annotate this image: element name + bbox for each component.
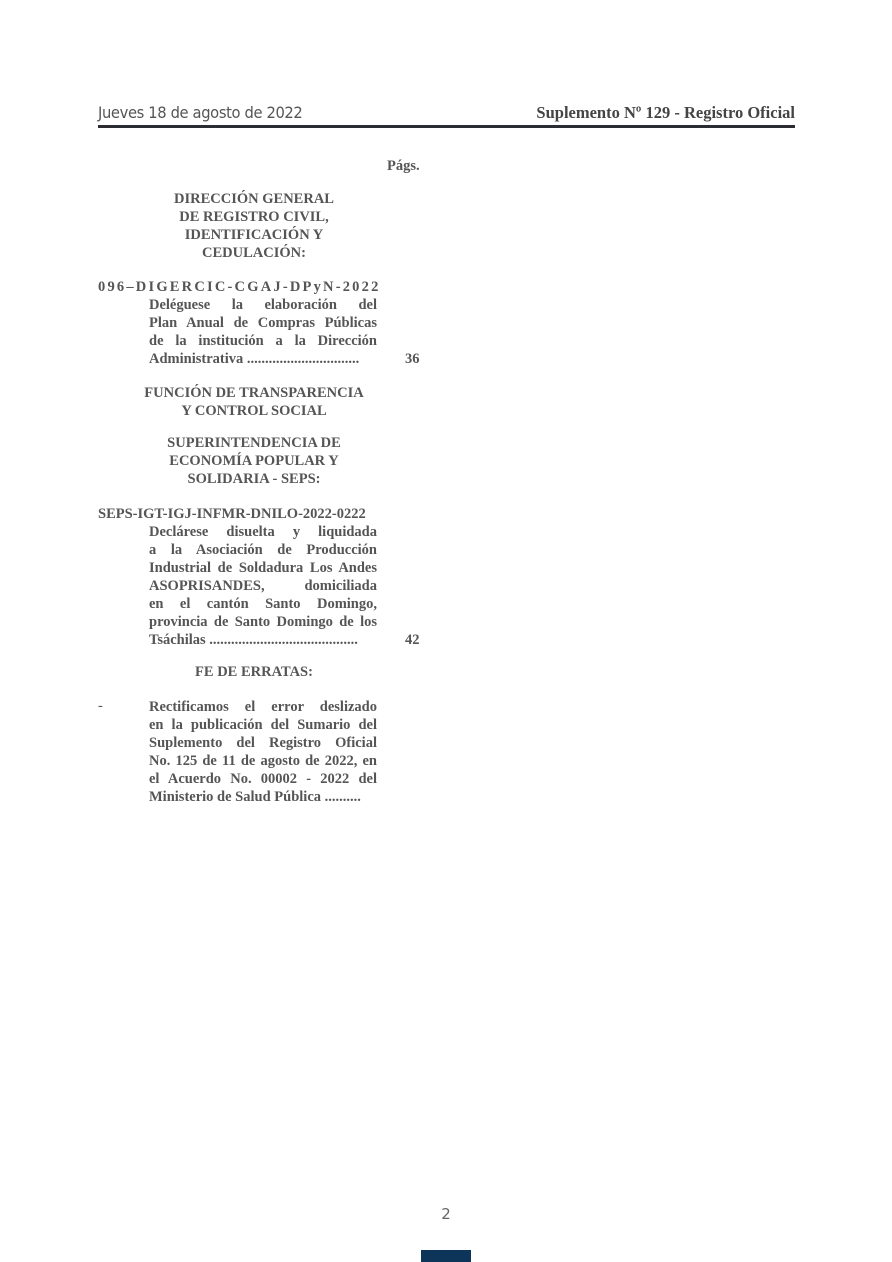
entry-description: Rectificamos el error deslizado en la pu… xyxy=(149,698,377,806)
section-title-line: DE REGISTRO CIVIL, xyxy=(130,208,378,226)
section-title-line: IDENTIFICACIÓN Y xyxy=(130,226,378,244)
section-title-registro-civil: DIRECCIÓN GENERAL DE REGISTRO CIVIL, IDE… xyxy=(130,190,378,262)
entry-description-line: Plan Anual de Compras Públicas xyxy=(149,314,377,332)
entry-description-line: Industrial de Soldadura Los Andes xyxy=(149,559,377,577)
footer-accent-bar xyxy=(421,1250,471,1262)
entry-description-line: Ministerio de Salud Pública .......... xyxy=(149,788,377,806)
entry-description-line: de la institución a la Dirección xyxy=(149,332,377,350)
entry-bullet-dash: - xyxy=(98,698,103,715)
entry-page-number: 36 xyxy=(405,350,420,368)
section-title-line: FE DE ERRATAS: xyxy=(130,663,378,681)
entry-description: Deléguese la elaboración del Plan Anual … xyxy=(149,296,377,368)
section-title-line: FUNCIÓN DE TRANSPARENCIA xyxy=(130,384,378,402)
section-title-line: Y CONTROL SOCIAL xyxy=(130,402,378,420)
section-title-line: CEDULACIÓN: xyxy=(130,244,378,262)
entry-code: 096–DIGERCIC-CGAJ-DPyN-2022 xyxy=(98,278,381,296)
document-page: Jueves 18 de agosto de 2022 Suplemento N… xyxy=(0,0,892,1262)
section-title-line: SUPERINTENDENCIA DE xyxy=(130,434,378,452)
section-title-line: DIRECCIÓN GENERAL xyxy=(130,190,378,208)
entry-description: Declárese disuelta y liquidada a la Asoc… xyxy=(149,523,377,649)
entry-description-line: el Acuerdo No. 00002 - 2022 del xyxy=(149,770,377,788)
section-title-fe-de-erratas: FE DE ERRATAS: xyxy=(130,663,378,681)
header-date: Jueves 18 de agosto de 2022 xyxy=(98,103,302,122)
section-title-line: ECONOMÍA POPULAR Y xyxy=(130,452,378,470)
header-publication-title: Suplemento Nº 129 - Registro Oficial xyxy=(536,103,795,123)
entry-page-number: 42 xyxy=(405,631,420,649)
entry-code: SEPS-IGT-IGJ-INFMR-DNILO-2022-0222 xyxy=(98,505,366,523)
entry-description-line: provincia de Santo Domingo de los xyxy=(149,613,377,631)
entry-description-line: a la Asociación de Producción xyxy=(149,541,377,559)
section-title-transparencia: FUNCIÓN DE TRANSPARENCIA Y CONTROL SOCIA… xyxy=(130,384,378,420)
header-rule xyxy=(98,125,795,128)
entry-description-line: Deléguese la elaboración del xyxy=(149,296,377,314)
entry-description-line: Rectificamos el error deslizado xyxy=(149,698,377,716)
entry-description-line: Tsáchilas ..............................… xyxy=(149,631,377,649)
page-number: 2 xyxy=(0,1205,892,1223)
section-title-line: SOLIDARIA - SEPS: xyxy=(130,470,378,488)
entry-description-line: en el cantón Santo Domingo, xyxy=(149,595,377,613)
entry-description-line: Administrativa .........................… xyxy=(149,350,377,368)
entry-description-line: Declárese disuelta y liquidada xyxy=(149,523,377,541)
entry-description-line: ASOPRISANDES, domiciliada xyxy=(149,577,377,595)
pages-column-label: Págs. xyxy=(387,157,420,175)
section-title-seps: SUPERINTENDENCIA DE ECONOMÍA POPULAR Y S… xyxy=(130,434,378,488)
entry-description-line: en la publicación del Sumario del xyxy=(149,716,377,734)
entry-description-line: No. 125 de 11 de agosto de 2022, en xyxy=(149,752,377,770)
entry-description-line: Suplemento del Registro Oficial xyxy=(149,734,377,752)
